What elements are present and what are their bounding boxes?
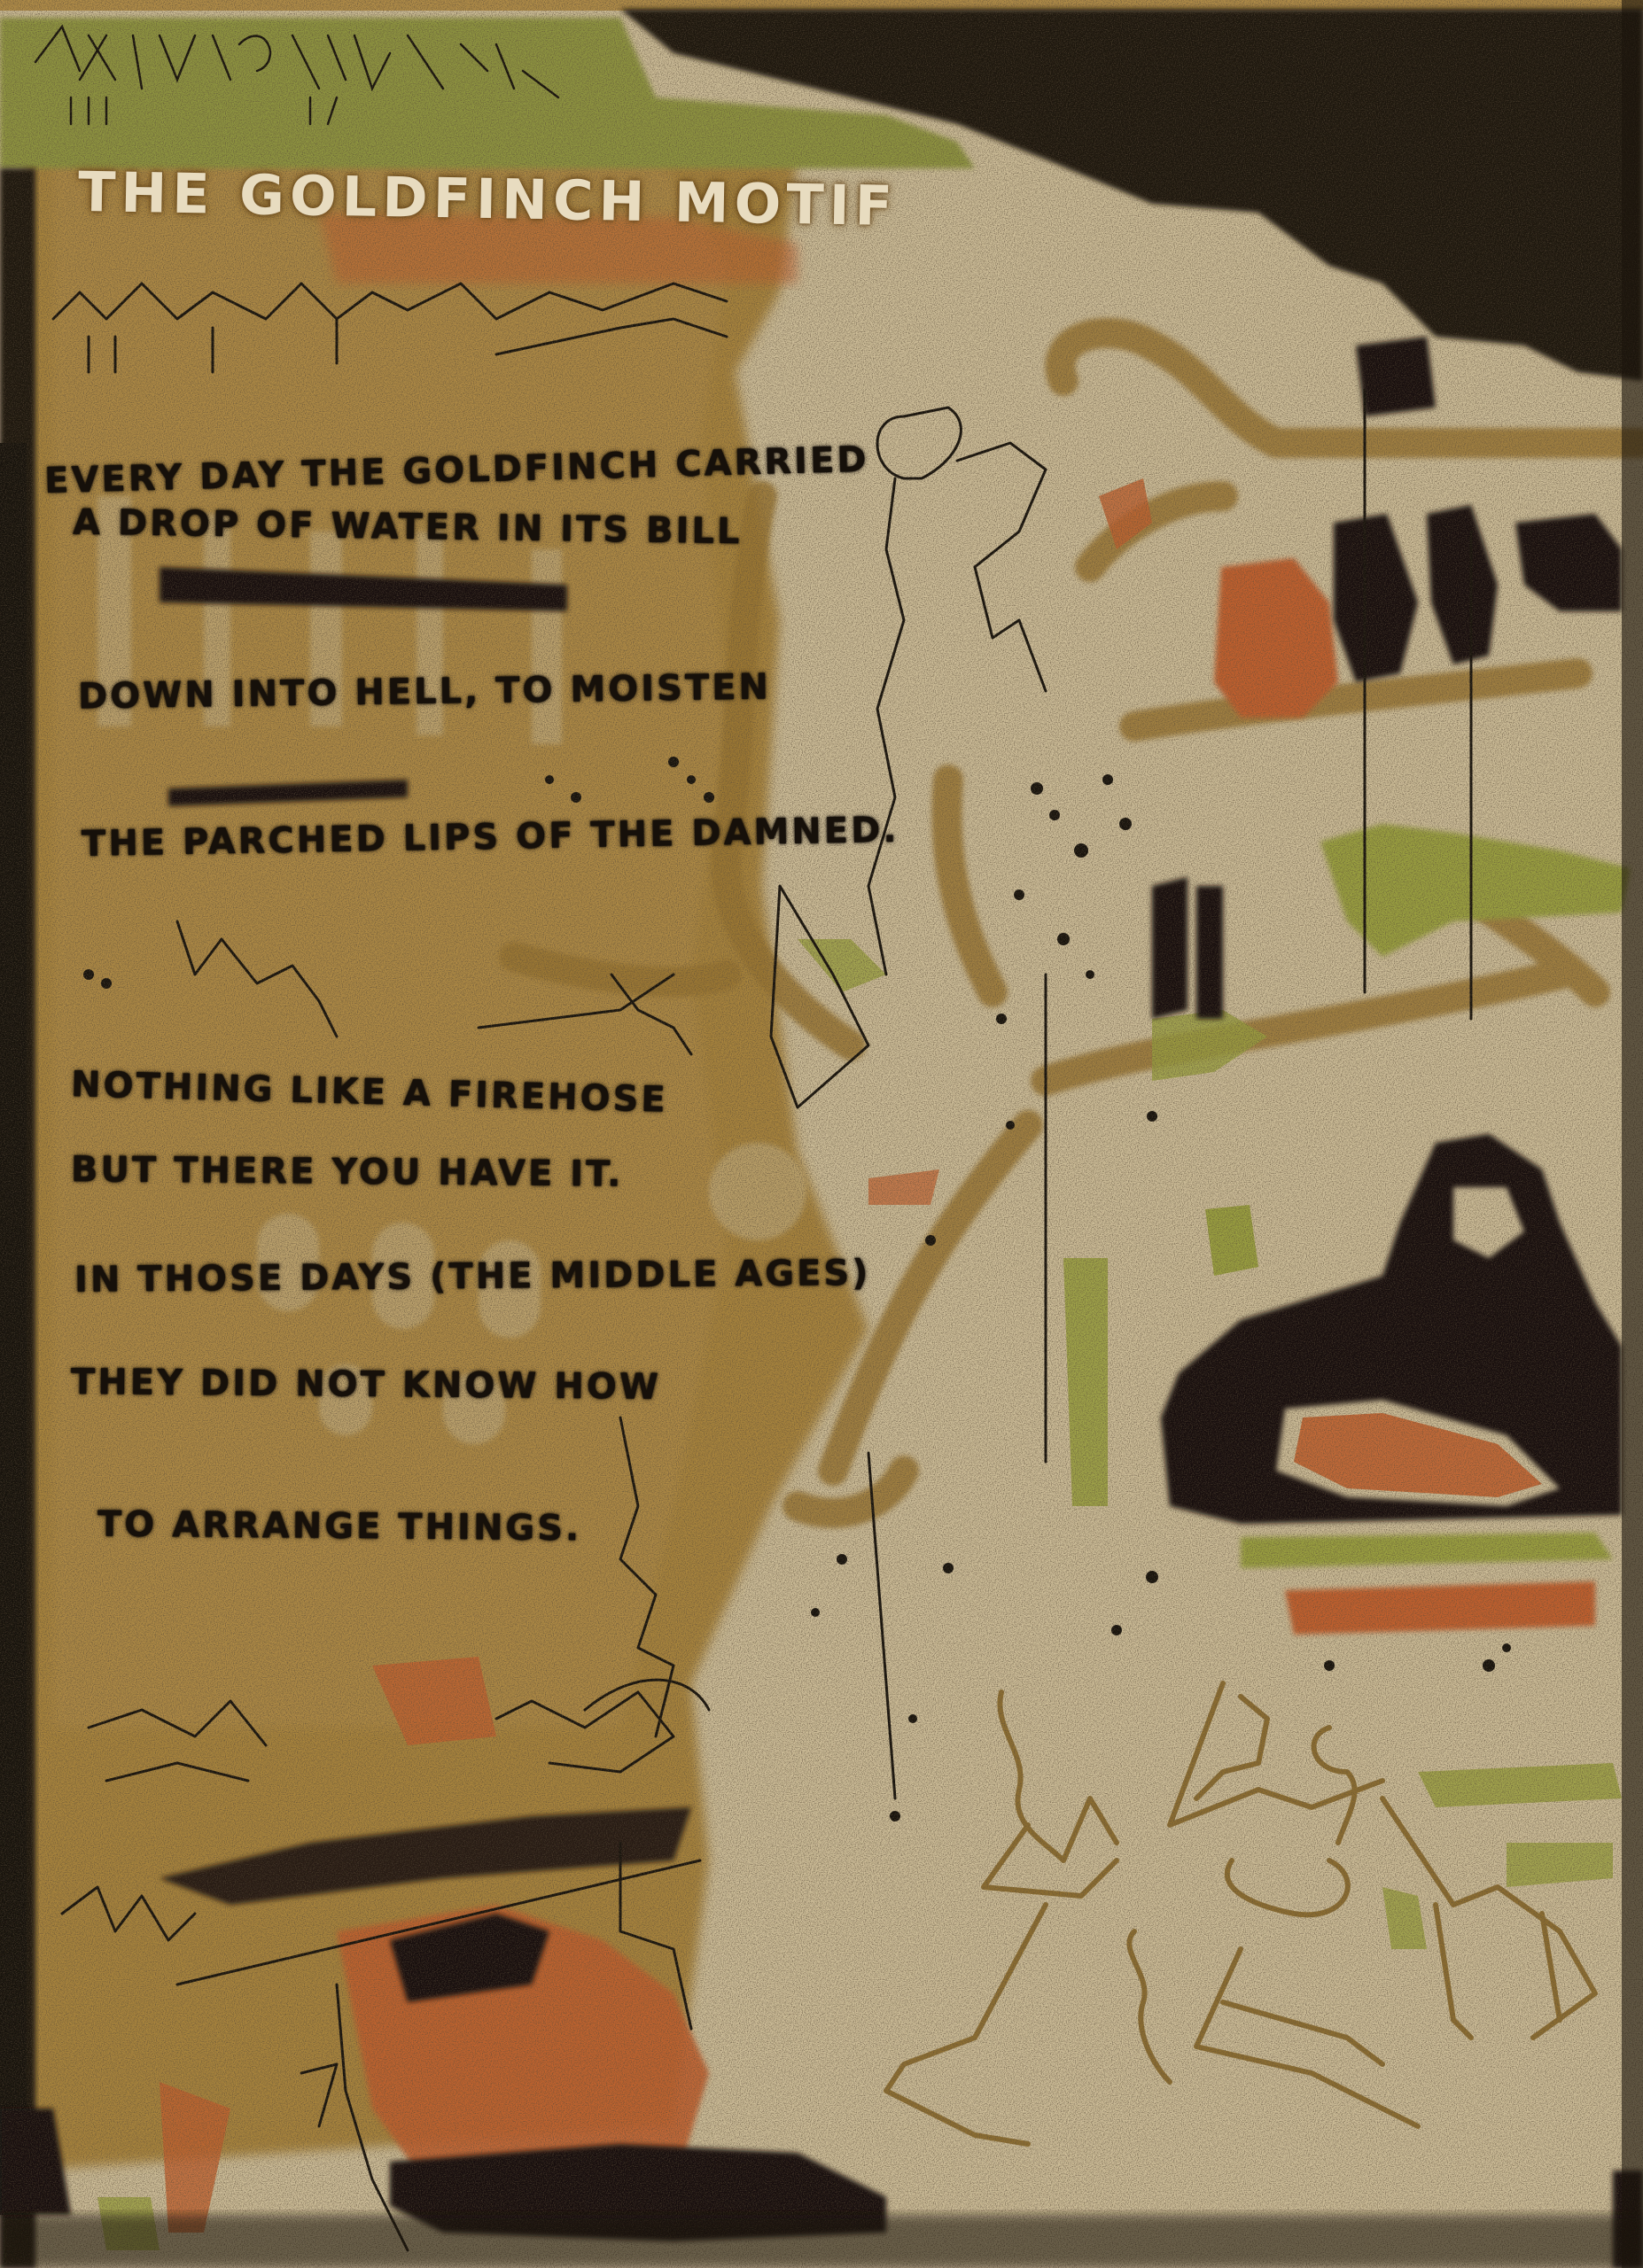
background-painting	[0, 0, 1643, 2268]
poem-line-7: IN THOSE DAYS (THE MIDDLE AGES)	[74, 1253, 871, 1301]
poem-line-8: THEY DID NOT KNOW HOW	[71, 1362, 661, 1408]
poem-line-9: TO ARRANGE THINGS.	[97, 1504, 582, 1550]
goldfinch-motif-artwork: THE GOLDFINCH MOTIF EVERY DAY THE GOLDFI…	[0, 0, 1643, 2268]
poem-line-6: BUT THERE YOU HAVE IT.	[71, 1149, 624, 1194]
